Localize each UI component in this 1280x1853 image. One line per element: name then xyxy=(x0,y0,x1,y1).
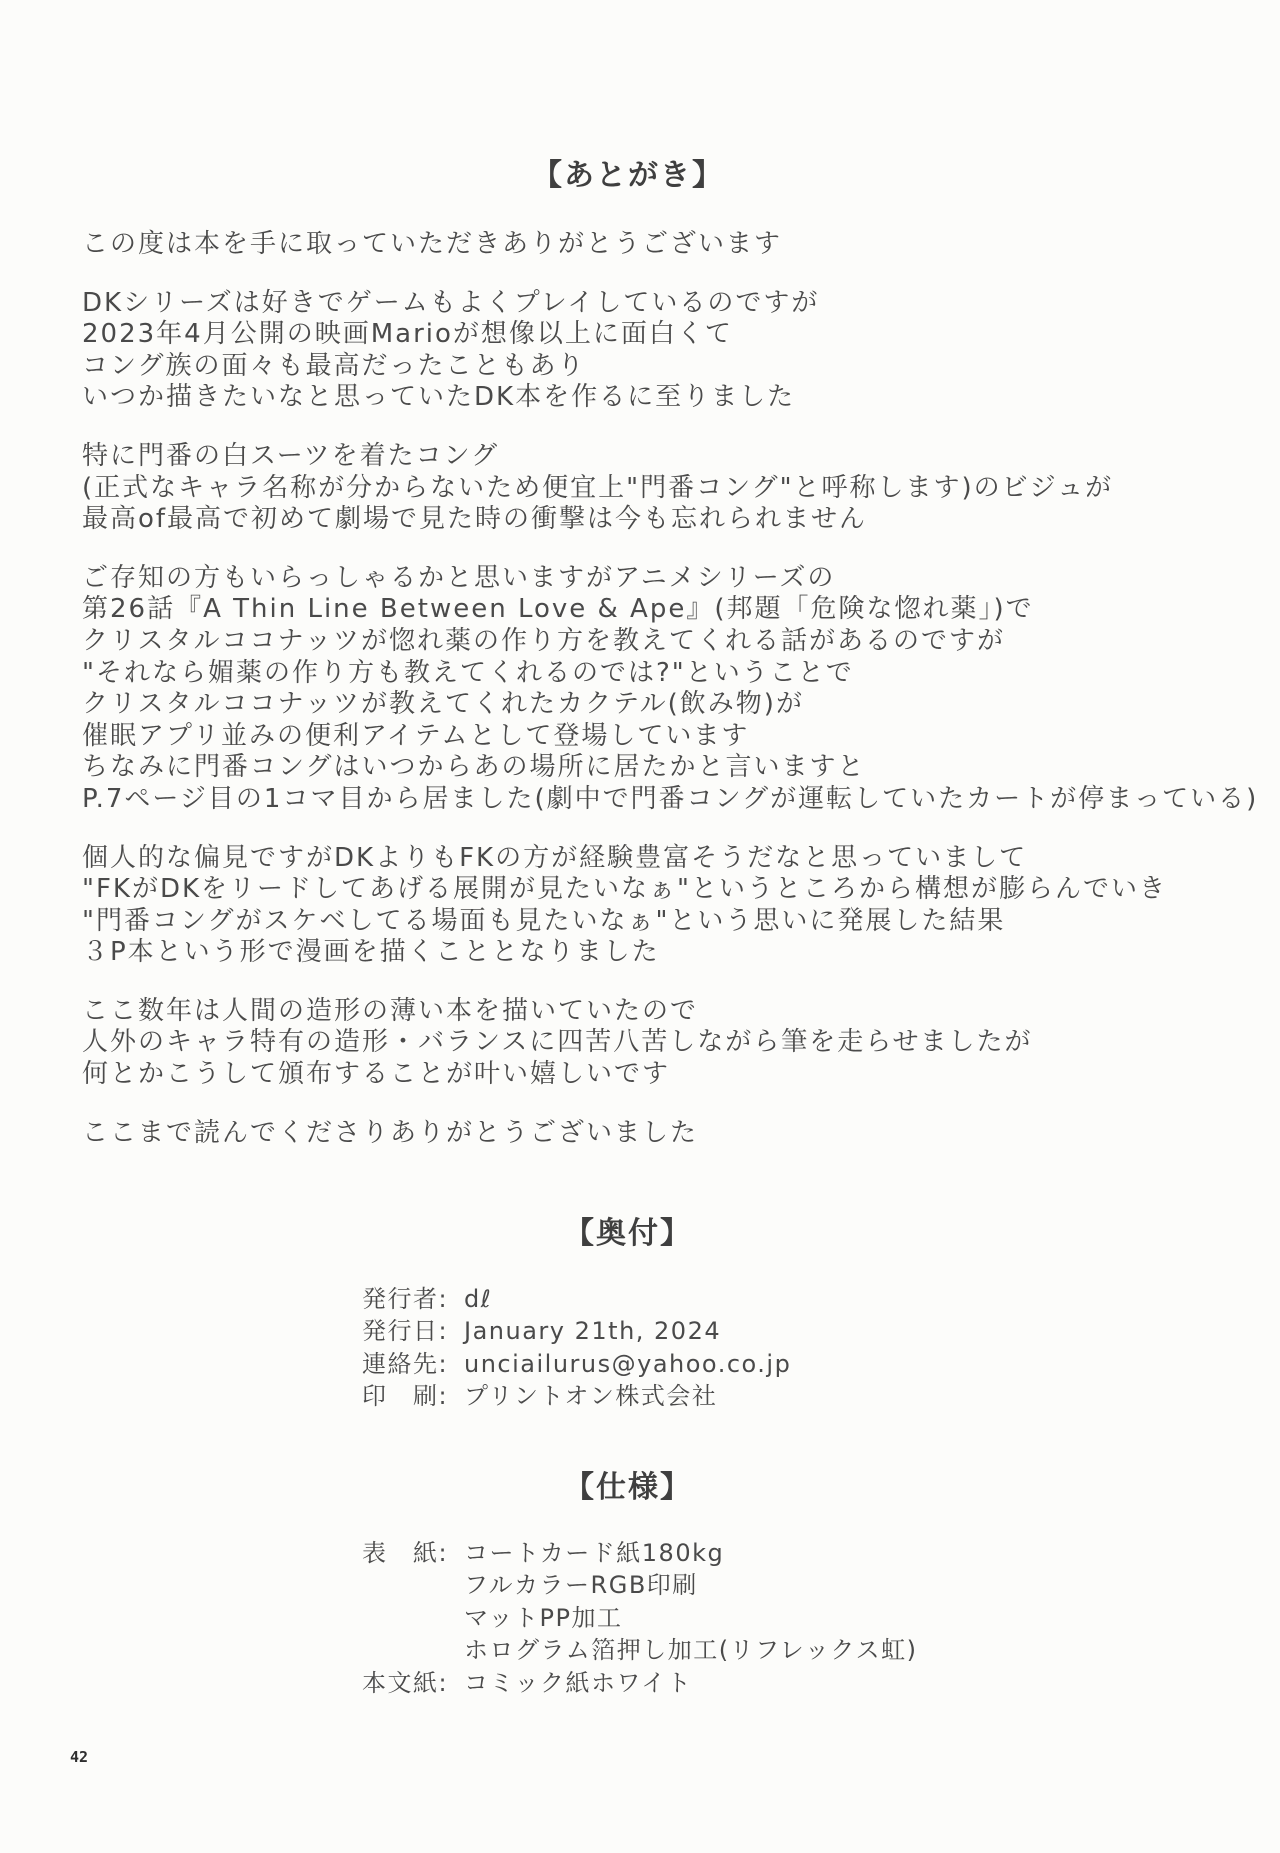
printer-value: プリントオン株式会社 xyxy=(464,1380,717,1412)
afterword-line: DKシリーズは好きでゲームもよくプレイしているのですが xyxy=(82,288,1242,320)
body-paper-value: コミック紙ホワイト xyxy=(464,1667,692,1699)
specs-row: マットPP加工 xyxy=(362,1602,918,1634)
afterword-line: 催眠アプリ並みの便利アイテムとして登場しています xyxy=(82,721,1242,753)
afterword-line: 何とかこうして頒布することが叶い嬉しいです xyxy=(82,1059,1242,1091)
specs-label: 本文紙: xyxy=(362,1667,464,1699)
afterword-line: (正式なキャラ名称が分からないため便宜上"門番コング"と呼称します)のビジュが xyxy=(82,473,1242,505)
colophon-label: 発行日: xyxy=(362,1315,464,1347)
afterword-line: 最高of最高で初めて劇場で見た時の衝撃は今も忘れられません xyxy=(82,504,1242,536)
afterword-line: 個人的な偏見ですがDKよりもFKの方が経験豊富そうだなと思っていまして xyxy=(82,843,1242,875)
specs-row: フルカラーRGB印刷 xyxy=(362,1569,918,1601)
specs-label xyxy=(362,1602,464,1634)
specs-row: ホログラム箔押し加工(リフレックス虹) xyxy=(362,1634,918,1666)
colophon-row: 連絡先: unciailurus@yahoo.co.jp xyxy=(362,1348,791,1380)
afterword-line: "門番コングがスケベしてる場面も見たいなぁ"という思いに発展した結果 xyxy=(82,906,1242,938)
cover-coating-value: マットPP加工 xyxy=(464,1602,623,1634)
afterword-page: 【あとがき】 この度は本を手に取っていただきありがとうございます DKシリーズは… xyxy=(0,0,1280,1853)
afterword-body: この度は本を手に取っていただきありがとうございます DKシリーズは好きでゲームも… xyxy=(82,229,1242,1176)
specs-label: 表 紙: xyxy=(362,1537,464,1569)
colophon-label: 連絡先: xyxy=(362,1348,464,1380)
cover-print-value: フルカラーRGB印刷 xyxy=(464,1569,698,1601)
page-number: 42 xyxy=(70,1748,88,1766)
publish-date-value: January 21th, 2024 xyxy=(464,1315,721,1347)
afterword-line: ここまで読んでくださりありがとうございました xyxy=(82,1118,1242,1150)
afterword-line: 人外のキャラ特有の造形・バランスに四苦八苦しながら筆を走らせましたが xyxy=(82,1027,1242,1059)
afterword-line: P.7ページ目の1コマ目から居ました(劇中で門番コングが運転していたカートが停ま… xyxy=(82,784,1242,816)
afterword-line: ここ数年は人間の造形の薄い本を描いていたので xyxy=(82,996,1242,1028)
colophon-row: 発行者: dℓ xyxy=(362,1283,791,1315)
afterword-line: クリスタルココナッツが惚れ薬の作り方を教えてくれる話があるのですが xyxy=(82,626,1242,658)
publisher-value: dℓ xyxy=(464,1283,492,1315)
paragraph: DKシリーズは好きでゲームもよくプレイしているのですが 2023年4月公開の映画… xyxy=(82,288,1242,414)
afterword-line: 第26話『A Thin Line Between Love & Ape』(邦題「… xyxy=(82,594,1242,626)
cover-foil-value: ホログラム箔押し加工(リフレックス虹) xyxy=(464,1634,918,1666)
afterword-line: いつか描きたいなと思っていたDK本を作るに至りました xyxy=(82,382,1242,414)
afterword-line: "FKがDKをリードしてあげる展開が見たいなぁ"というところから構想が膨らんでい… xyxy=(82,874,1242,906)
afterword-line: 2023年4月公開の映画Marioが想像以上に面白くて xyxy=(82,319,1242,351)
paragraph: この度は本を手に取っていただきありがとうございます xyxy=(82,229,1242,261)
colophon-block: 発行者: dℓ 発行日: January 21th, 2024 連絡先: unc… xyxy=(362,1283,791,1413)
afterword-title: 【あとがき】 xyxy=(0,150,1256,194)
colophon-label: 印 刷: xyxy=(362,1380,464,1412)
afterword-line: コング族の面々も最高だったこともあり xyxy=(82,351,1242,383)
cover-paper-value: コートカード紙180kg xyxy=(464,1537,724,1569)
paragraph: ここまで読んでくださりありがとうございました xyxy=(82,1118,1242,1150)
colophon-row: 印 刷: プリントオン株式会社 xyxy=(362,1380,791,1412)
afterword-line: ３P本という形で漫画を描くこととなりました xyxy=(82,937,1242,969)
afterword-line: ご存知の方もいらっしゃるかと思いますがアニメシリーズの xyxy=(82,563,1242,595)
colophon-row: 発行日: January 21th, 2024 xyxy=(362,1315,791,1347)
paragraph: ご存知の方もいらっしゃるかと思いますがアニメシリーズの 第26話『A Thin … xyxy=(82,563,1242,816)
paragraph: 個人的な偏見ですがDKよりもFKの方が経験豊富そうだなと思っていまして "FKが… xyxy=(82,843,1242,969)
afterword-line: 特に門番の白スーツを着たコング xyxy=(82,441,1242,473)
afterword-line: クリスタルココナッツが教えてくれたカクテル(飲み物)が xyxy=(82,689,1242,721)
afterword-line: この度は本を手に取っていただきありがとうございます xyxy=(82,229,1242,261)
afterword-line: "それなら媚薬の作り方も教えてくれるのでは?"ということで xyxy=(82,658,1242,690)
specs-block: 表 紙: コートカード紙180kg フルカラーRGB印刷 マットPP加工 ホログ… xyxy=(362,1537,918,1699)
specs-label xyxy=(362,1569,464,1601)
afterword-line: ちなみに門番コングはいつからあの場所に居たかと言いますと xyxy=(82,752,1242,784)
contact-email-value: unciailurus@yahoo.co.jp xyxy=(464,1348,791,1380)
paragraph: 特に門番の白スーツを着たコング (正式なキャラ名称が分からないため便宜上"門番コ… xyxy=(82,441,1242,536)
specs-row: 本文紙: コミック紙ホワイト xyxy=(362,1667,918,1699)
colophon-label: 発行者: xyxy=(362,1283,464,1315)
colophon-title: 【奥付】 xyxy=(0,1208,1256,1252)
paragraph: ここ数年は人間の造形の薄い本を描いていたので 人外のキャラ特有の造形・バランスに… xyxy=(82,996,1242,1091)
specs-label xyxy=(362,1634,464,1666)
specs-title: 【仕様】 xyxy=(0,1462,1256,1506)
specs-row: 表 紙: コートカード紙180kg xyxy=(362,1537,918,1569)
